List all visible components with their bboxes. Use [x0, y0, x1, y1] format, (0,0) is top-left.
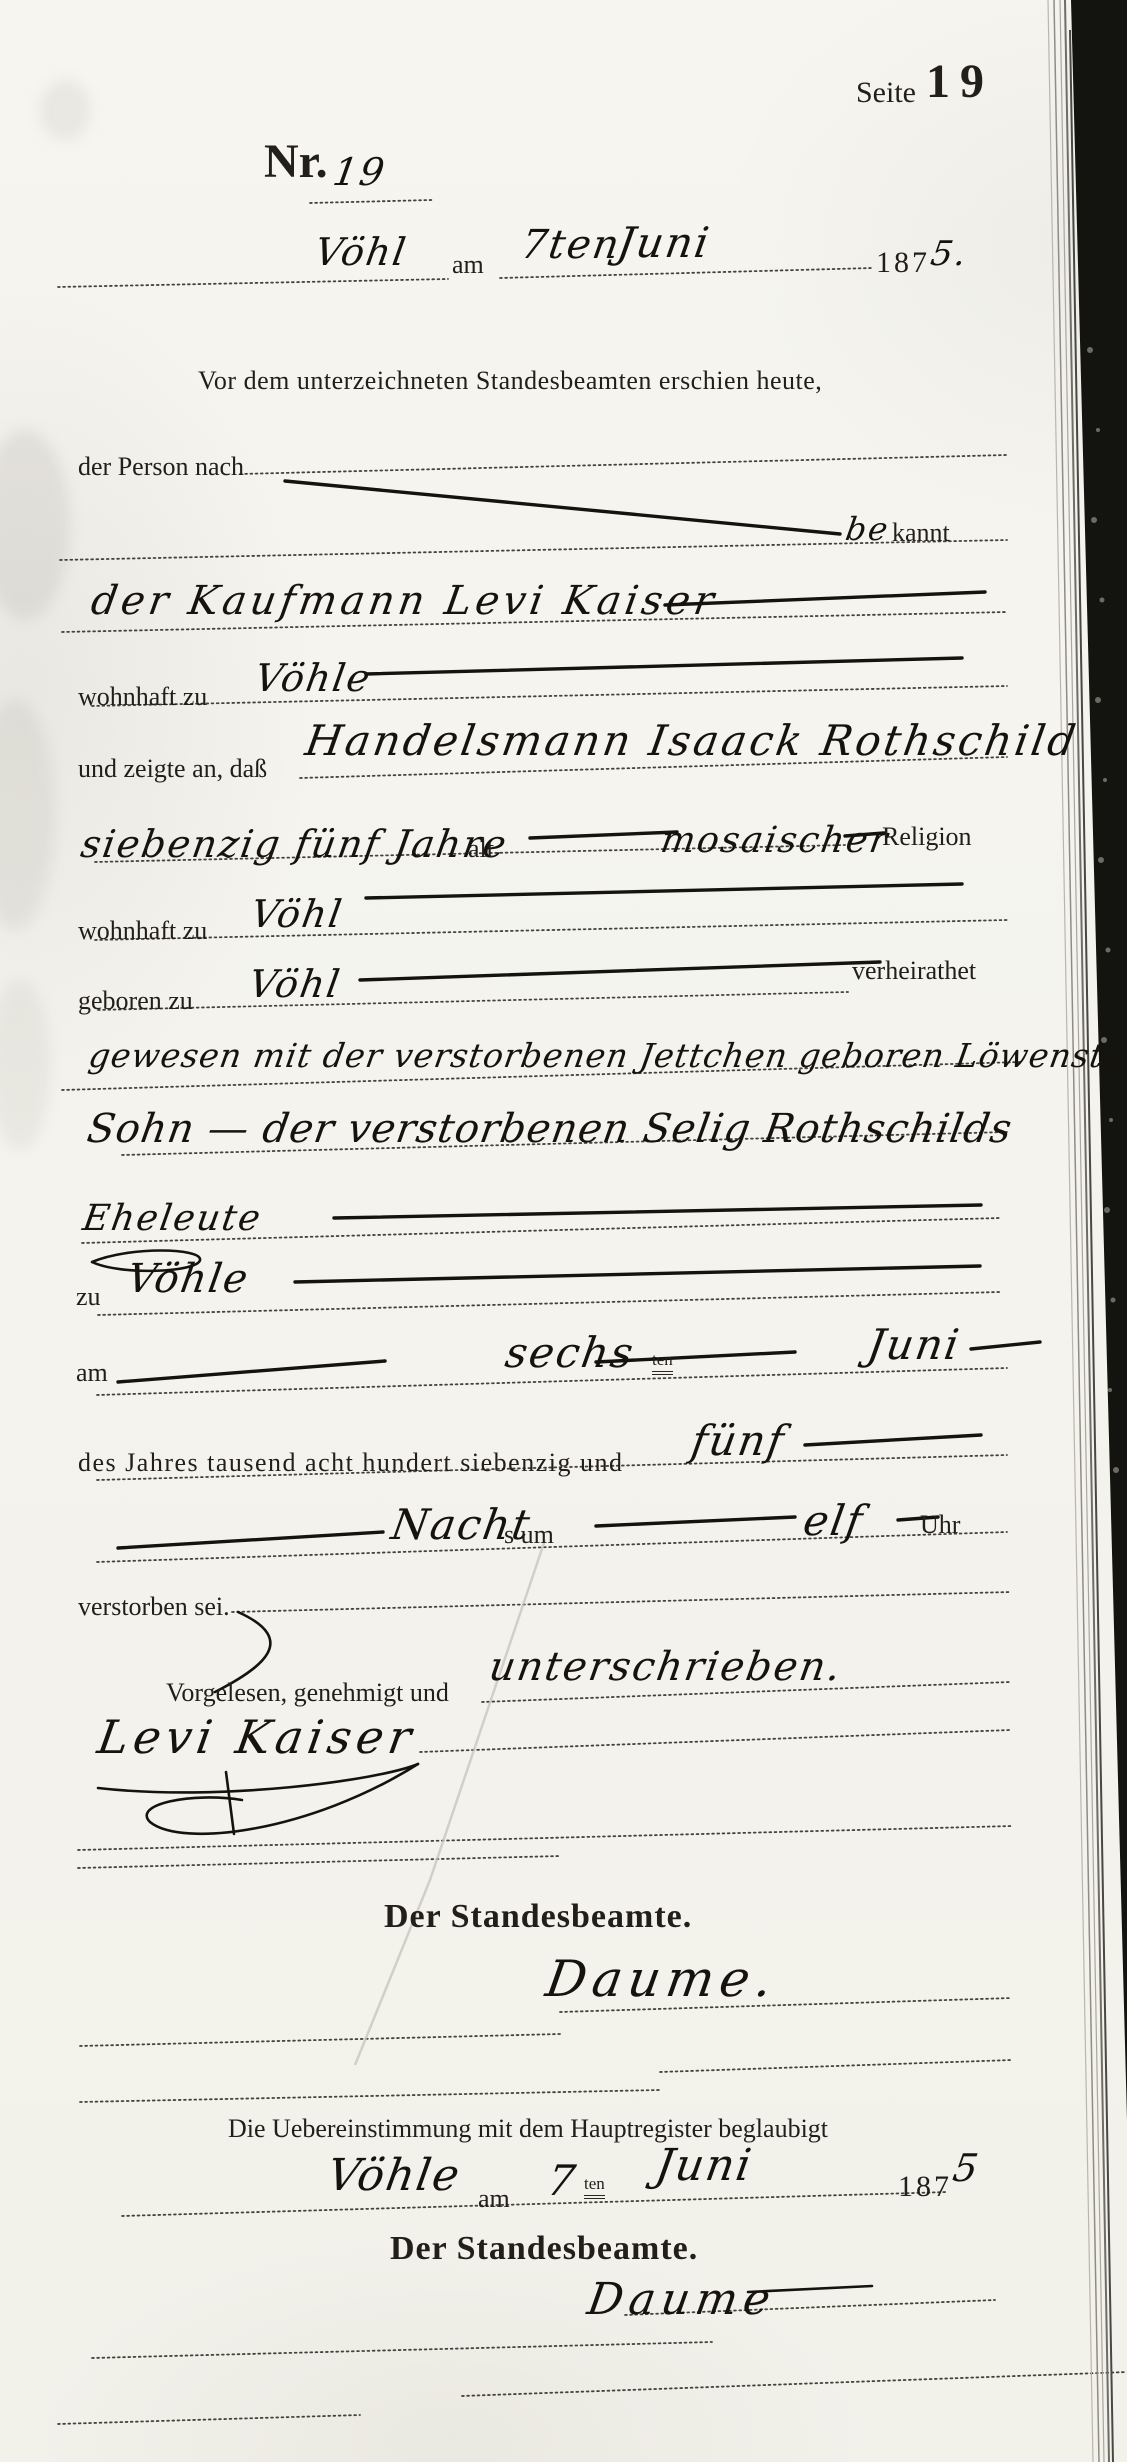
cert-am-printed: am — [478, 2184, 510, 2214]
dotted-rule — [420, 1730, 1010, 1752]
death-year-handwritten: fünf — [688, 1416, 789, 1465]
spouse-handwritten: gewesen mit der verstorbenen Jettchen ge… — [86, 1036, 1127, 1075]
dotted-rule — [78, 1856, 560, 1868]
marital-status-printed: verheirathet — [852, 956, 976, 986]
ink-stroke — [530, 832, 677, 838]
death-date-ten-printed: ten — [652, 1350, 673, 1375]
dotted-rule — [122, 2192, 948, 2216]
cert-year-handwritten: 5 — [950, 2146, 983, 2190]
religion-printed: Religion — [882, 822, 972, 852]
death-register-page: Seite 19 Nr. 19 Vöhl am 7ten Juni 187 5.… — [0, 0, 1127, 2462]
birth-handwritten: Vöhl — [246, 962, 344, 1006]
date-year-printed: 187 — [876, 246, 930, 280]
ink-stroke — [285, 481, 840, 534]
ink-stroke — [366, 658, 962, 674]
ink-stroke — [366, 884, 962, 898]
parents-handwritten: Sohn — der verstorbenen Selig Rothschild… — [84, 1106, 1016, 1152]
attestation-handwritten: unterschrieben. — [486, 1644, 846, 1690]
identity-printed-suffix: kannt — [892, 518, 950, 548]
residence2-handwritten: Vöhl — [248, 892, 346, 936]
dotted-rule — [58, 279, 448, 287]
residence1-printed: wohnhaft zu — [78, 682, 207, 712]
dotted-rule — [80, 2034, 560, 2046]
dotted-rule — [660, 2060, 1012, 2072]
ink-stroke — [118, 1532, 383, 1548]
dotted-rule — [240, 455, 1007, 474]
ink-stroke — [334, 1205, 981, 1218]
death-time-hour-handwritten: elf — [800, 1496, 868, 1545]
parents-handwritten2: Eheleute — [80, 1198, 265, 1239]
dotted-rule — [462, 2372, 1127, 2396]
dotted-rule — [58, 2415, 360, 2424]
paper-smudge — [0, 430, 70, 620]
dotted-rule — [95, 920, 1007, 940]
dotted-rule — [92, 2342, 712, 2358]
age-alt-printed: alt — [468, 834, 494, 864]
death-time-sum-printed: s um — [504, 1520, 554, 1550]
dotted-rule — [232, 1592, 1010, 1612]
dotted-rule — [310, 200, 432, 203]
declarant-handwritten: der Kaufmann Levi Kaiser — [88, 578, 721, 624]
cert-month-handwritten: Juni — [652, 2140, 756, 2191]
paper-smudge — [40, 80, 90, 140]
page-edge-line — [1054, 0, 1099, 2462]
page-number: 19 — [926, 54, 994, 109]
registrar-title-1: Der Standesbeamte. — [384, 1898, 692, 1936]
dotted-rule — [98, 992, 848, 1010]
page-label: Seite — [856, 76, 916, 110]
cert-day-handwritten: 7 — [544, 2156, 580, 2205]
death-place-handwritten: Vöhle — [124, 1256, 253, 1302]
cert-ten-printed: ten — [584, 2174, 605, 2199]
intro-line: Vor dem unterzeichneten Standesbeamten e… — [198, 366, 822, 396]
closing-printed: verstorben sei. — [78, 1592, 230, 1622]
flourish — [147, 1764, 418, 1834]
ink-stroke — [971, 1342, 1040, 1349]
paper-smudge — [0, 980, 50, 1150]
date-place-handwritten: Vöhl — [312, 230, 410, 274]
registrar-signature-2: Daume — [584, 2274, 780, 2325]
report-printed: und zeigte an, daß — [78, 754, 267, 784]
religion-handwritten: mosaischer — [658, 820, 892, 861]
registrar-signature-1: Daume. — [542, 1950, 782, 2008]
registrar-title-2: Der Standesbeamte. — [390, 2230, 698, 2268]
paper-smudge — [0, 700, 55, 930]
page-edge-line — [1070, 30, 1113, 2462]
flourish — [226, 1772, 234, 1834]
ink-stroke — [596, 1517, 795, 1526]
page-edge-line — [1065, 0, 1109, 2462]
death-date-day-handwritten: sechs — [502, 1328, 638, 1377]
page-edge-line — [1060, 0, 1104, 2462]
identity-printed: der Person nach — [78, 452, 244, 482]
death-time-uhr-printed: Uhr — [920, 1510, 960, 1540]
death-year-printed: des Jahres tausend acht hundert siebenzi… — [78, 1448, 623, 1478]
age-handwritten: siebenzig fünf Jahre — [78, 822, 511, 866]
declarant-signature: Levi Kaiser — [94, 1710, 420, 1764]
date-am-label: am — [452, 250, 484, 280]
cert-year-printed: 187 — [898, 2170, 952, 2204]
ink-stroke — [118, 1361, 385, 1382]
ink-stroke — [295, 1266, 980, 1282]
scratch-mark — [355, 1540, 545, 2065]
dotted-rule — [92, 686, 1007, 706]
date-year-handwritten: 5. — [928, 234, 971, 274]
ink-stroke — [360, 962, 880, 980]
birth-printed: geboren zu — [78, 986, 193, 1016]
death-date-am-printed: am — [76, 1358, 108, 1388]
page-edge-line — [1048, 0, 1093, 2462]
residence1-handwritten: Vöhle — [252, 656, 375, 700]
binding-speckles — [1087, 347, 1119, 1473]
residence2-printed: wohnhaft zu — [78, 916, 207, 946]
death-date-month-handwritten: Juni — [864, 1320, 964, 1369]
date-day-handwritten: 7ten — [518, 222, 624, 268]
flourish — [98, 1764, 418, 1792]
death-place-printed: zu — [76, 1282, 101, 1312]
record-number-label: Nr. — [264, 134, 328, 189]
identity-handwritten: be — [843, 510, 892, 548]
attestation-printed: Vorgelesen, genehmigt und — [166, 1678, 449, 1708]
dotted-rule — [80, 2090, 660, 2102]
record-number-value: 19 — [330, 150, 389, 194]
dotted-rule — [78, 1826, 1012, 1850]
dotted-rule — [500, 268, 872, 278]
ink-stroke — [805, 1435, 981, 1445]
date-month-handwritten: Juni — [614, 218, 714, 267]
cert-place-handwritten: Vöhle — [324, 2150, 465, 2201]
report-handwritten: Handelsmann Isaack Rothschild — [302, 716, 1082, 765]
